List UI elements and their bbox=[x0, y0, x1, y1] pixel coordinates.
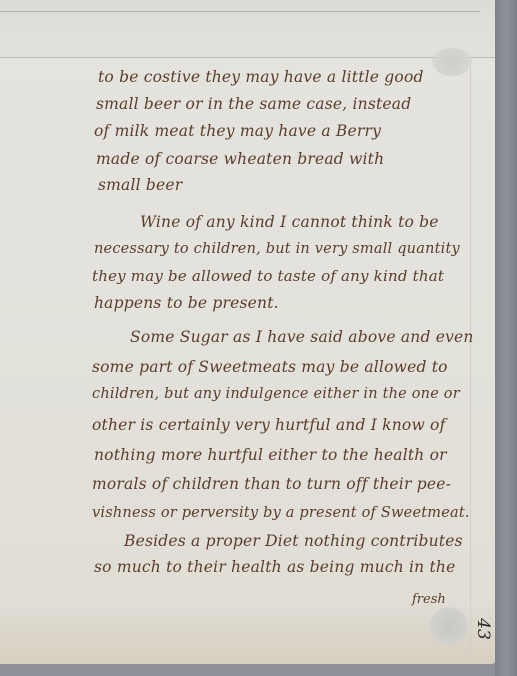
text-line: Wine of any kind I cannot think to be bbox=[140, 213, 439, 231]
catchword: fresh bbox=[412, 592, 446, 607]
background-edge bbox=[495, 0, 517, 676]
folded-paper-flap bbox=[0, 0, 497, 58]
folio-number: 43 bbox=[473, 618, 493, 640]
text-line: other is certainly very hurtful and I kn… bbox=[92, 416, 446, 434]
text-line: made of coarse wheaten bread with bbox=[96, 150, 384, 168]
fold-line bbox=[0, 11, 480, 12]
margin-rule bbox=[470, 58, 471, 658]
text-line: Some Sugar as I have said above and even bbox=[130, 328, 474, 346]
text-line: children, but any indulgence either in t… bbox=[92, 386, 460, 402]
text-line: of milk meat they may have a Berry bbox=[94, 122, 381, 140]
text-line: small beer bbox=[98, 176, 182, 194]
text-line: vishness or perversity by a present of S… bbox=[92, 505, 470, 521]
text-line: some part of Sweetmeats may be allowed t… bbox=[92, 358, 448, 376]
text-line: Besides a proper Diet nothing contribute… bbox=[124, 532, 463, 550]
text-line: so much to their health as being much in… bbox=[94, 558, 455, 576]
paper-stain bbox=[432, 48, 472, 76]
text-line: morals of children than to turn off thei… bbox=[92, 475, 451, 493]
fold-line bbox=[0, 57, 497, 58]
text-line: they may be allowed to taste of any kind… bbox=[92, 267, 444, 285]
text-line: happens to be present. bbox=[94, 294, 279, 312]
text-line: to be costive they may have a little goo… bbox=[98, 68, 424, 86]
paper-stain bbox=[430, 607, 468, 645]
manuscript-page: to be costive they may have a little goo… bbox=[0, 0, 497, 664]
text-line: nothing more hurtful either to the healt… bbox=[94, 446, 447, 464]
text-line: small beer or in the same case, instead bbox=[96, 95, 411, 113]
text-line: necessary to children, but in very small… bbox=[94, 241, 460, 257]
